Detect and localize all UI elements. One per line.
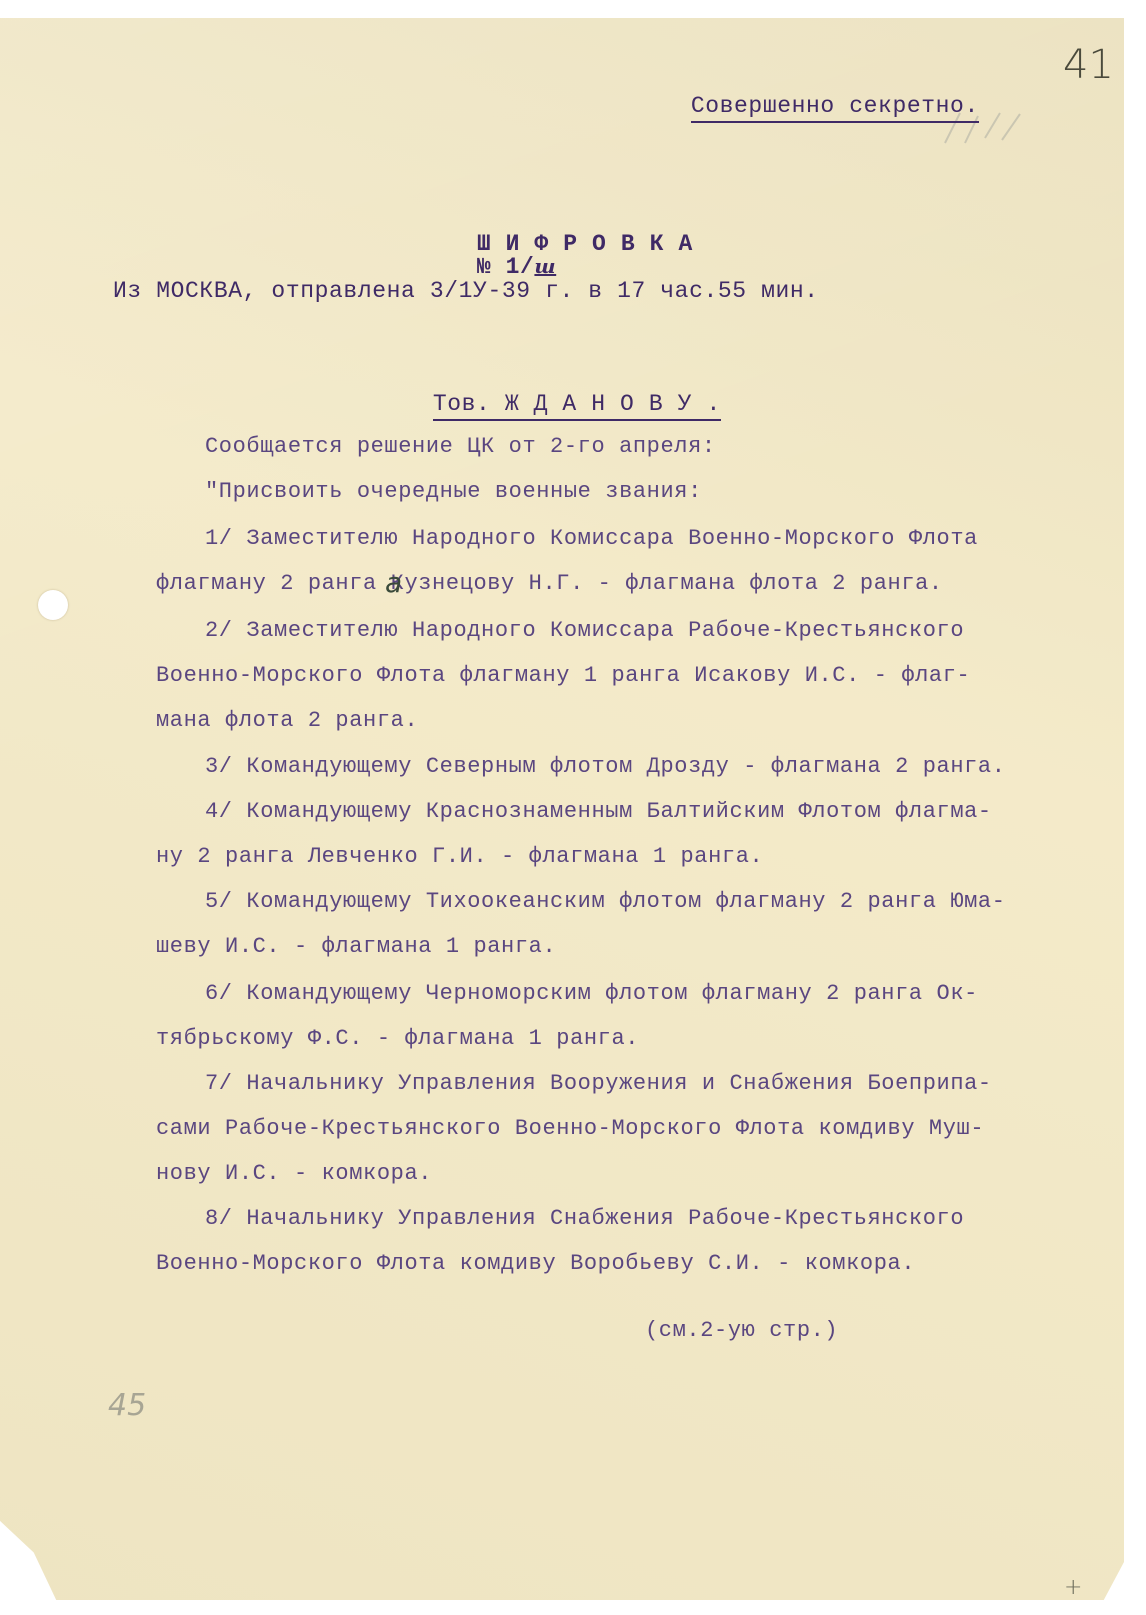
list-item-2-line-1: 2/ Заместителю Народного Комиссара Рабоч… xyxy=(205,620,964,642)
list-item-5-line-1: 5/ Командующему Тихоокеанским флотом фла… xyxy=(205,891,1006,913)
list-item-7-line-2: сами Рабоче-Крестьянского Военно-Морског… xyxy=(156,1118,984,1140)
document-title: Ш И Ф Р О В К А № 1/ш xyxy=(448,210,693,279)
list-item-8-line-2: Военно-Морского Флота комдиву Воробьеву … xyxy=(156,1253,915,1275)
list-item-6-line-2: тябрьскому Ф.С. - флагмана 1 ранга. xyxy=(156,1028,639,1050)
margin-note-bottom-right: + xyxy=(1064,1575,1082,1600)
addressee: Тов. Ж Д А Н О В У . xyxy=(404,370,721,416)
list-item-2-line-2: Военно-Морского Флота флагману 1 ранга И… xyxy=(156,665,970,687)
classification-stamp: Совершенно секретно. xyxy=(662,72,979,118)
list-item-8-line-1: 8/ Начальнику Управления Снабжения Рабоч… xyxy=(205,1208,964,1230)
handwritten-correction: а xyxy=(385,566,402,599)
list-item-5-line-2: шеву И.С. - флагмана 1 ранга. xyxy=(156,936,556,958)
addressee-line: Тов. Ж Д А Н О В У . xyxy=(433,391,721,421)
list-item-2-line-3: мана флота 2 ранга. xyxy=(156,710,418,732)
margin-note-bottom-left: 45 xyxy=(108,1388,146,1423)
addressee-name: Ж Д А Н О В У . xyxy=(505,391,721,417)
continuation-note: (см.2-ую стр.) xyxy=(645,1320,838,1342)
dispatch-line: Из МОСКВА, отправлена 3/1У-39 г. в 17 ча… xyxy=(113,280,819,303)
intro-line-1: Сообщается решение ЦК от 2-го апреля: xyxy=(205,436,716,458)
intro-line-2: "Присвоить очередные военные звания: xyxy=(205,481,702,503)
list-item-6-line-1: 6/ Командующему Черноморским флотом флаг… xyxy=(205,983,978,1005)
list-item-4-line-2: ну 2 ранга Левченко Г.И. - флагмана 1 ра… xyxy=(156,846,763,868)
sheet-number: 41 xyxy=(1063,42,1114,88)
list-item-7-line-1: 7/ Начальнику Управления Вооружения и Сн… xyxy=(205,1073,992,1095)
punch-hole xyxy=(38,590,68,620)
list-item-1-line-2: флагману 2 рангa Кузнецову Н.Г. - флагма… xyxy=(156,573,943,595)
classification-text: Совершенно секретно. xyxy=(691,93,979,123)
title-number-handwritten: ш xyxy=(534,254,556,278)
list-item-4-line-1: 4/ Командующему Краснознаменным Балтийск… xyxy=(205,801,992,823)
list-item-7-line-3: нову И.С. - комкора. xyxy=(156,1163,432,1185)
title-number: № 1/ xyxy=(477,254,535,280)
list-item-1-line-1: 1/ Заместителю Народного Комиссара Военн… xyxy=(205,528,978,550)
list-item-3-line-1: 3/ Командующему Северным флотом Дрозду -… xyxy=(205,756,1006,778)
addressee-prefix: Тов. xyxy=(433,391,491,417)
